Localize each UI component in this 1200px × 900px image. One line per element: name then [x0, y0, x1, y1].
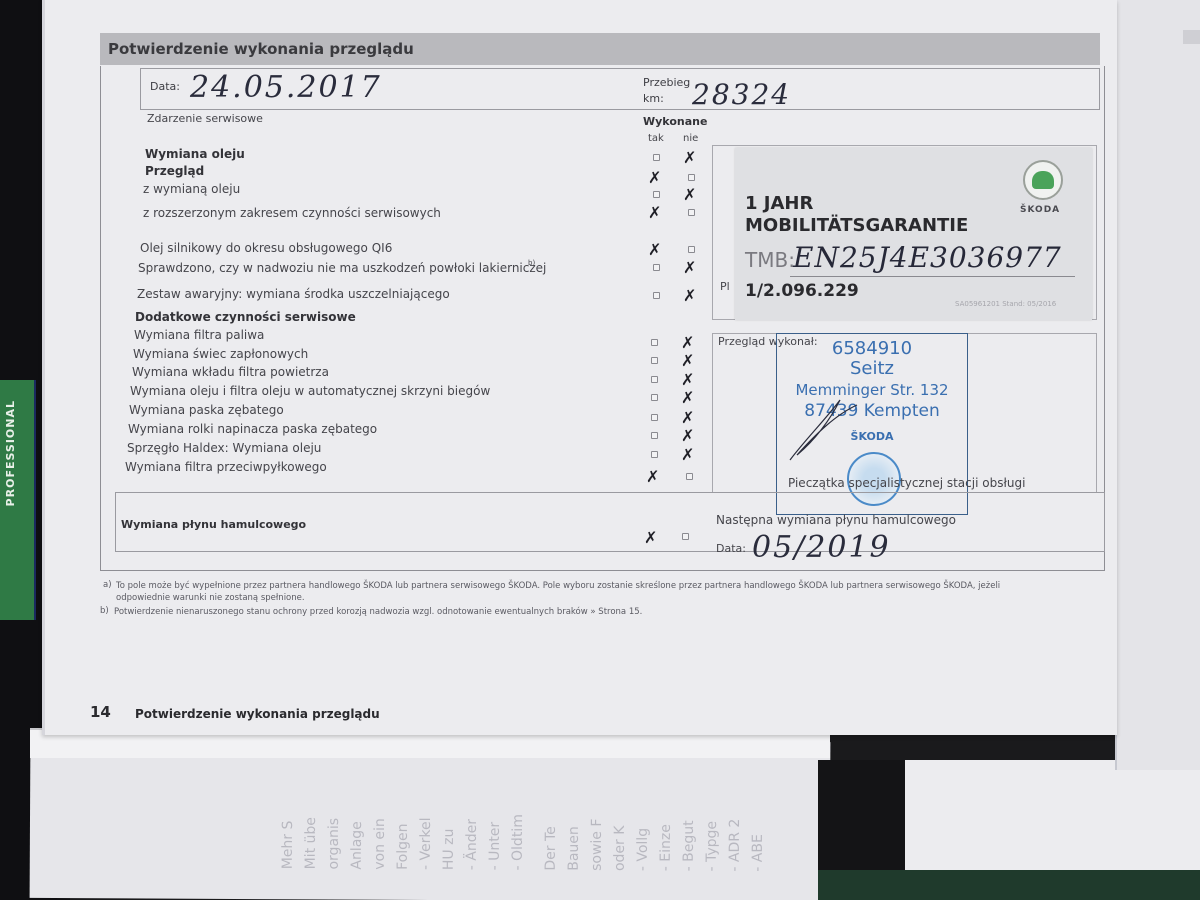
yes-column-label: tak [648, 133, 664, 144]
background-text: Mehr S [280, 759, 297, 869]
warranty-title-line-2: MOBILITÄTSGARANTIE [745, 215, 968, 237]
brand-name: ŠKODA [1020, 205, 1060, 215]
footnote-a-cont: odpowiednie warunki nie zostaną spełnion… [116, 593, 305, 603]
background-text: - Unter [487, 760, 504, 870]
yes-checkbox[interactable] [651, 394, 658, 401]
next-date-label: Data: [716, 542, 746, 555]
no-checked-mark[interactable]: ✗ [681, 390, 694, 406]
page-title: Potwierdzenie wykonania przeglądu [100, 33, 1100, 65]
yes-checkbox[interactable] [651, 357, 658, 364]
background-text: Bauen [566, 761, 583, 871]
yes-checked-mark[interactable]: ✗ [648, 170, 661, 186]
stamp-dealer-name: Seitz [777, 358, 967, 379]
no-checked-mark[interactable]: ✗ [683, 187, 696, 203]
additional-item-label: Wymiana filtra paliwa [134, 328, 264, 342]
background-text: - Änder [464, 760, 481, 870]
vin-handwritten: EN25J4E3036977 [793, 241, 1062, 274]
page-number: 14 [90, 703, 111, 721]
additional-item-label: Wymiana świec zapłonowych [133, 347, 308, 361]
vin-underline [790, 276, 1075, 277]
no-checked-mark[interactable]: ✗ [683, 288, 696, 304]
additional-item-label: Wymiana wkładu filtra powietrza [132, 365, 329, 379]
background-text: oder K [612, 761, 629, 871]
done-heading: Wykonane [643, 115, 707, 128]
no-checked-mark[interactable]: ✗ [681, 335, 694, 351]
right-page [1115, 0, 1200, 770]
background-text: - Begut [681, 761, 698, 871]
mileage-value[interactable]: 28324 [692, 78, 791, 111]
brake-fluid-label: Wymiana płynu hamulcowego [121, 518, 306, 531]
service-item-label: z wymianą oleju [143, 182, 240, 196]
stamp-dealer-number: 6584910 [777, 338, 967, 359]
yes-checkbox[interactable] [651, 451, 658, 458]
background-text: organis [326, 759, 343, 869]
no-checkbox[interactable] [688, 209, 695, 216]
green-folder: PROFESSIONAL [0, 380, 36, 620]
yes-checkbox[interactable] [653, 191, 660, 198]
service-item-label: Olej silnikowy do okresu obsługowego QI6 [140, 241, 392, 255]
folder-label: PROFESSIONAL [4, 400, 17, 506]
date-label: Data: [150, 80, 180, 93]
footnote-a-mark: a) [103, 580, 112, 590]
next-brake-fluid-label: Następna wymiana płynu hamulcowego [716, 513, 956, 527]
background-text: - Typge [704, 761, 721, 871]
no-checked-mark[interactable]: ✗ [683, 260, 696, 276]
service-item-label: Sprawdzono, czy w nadwoziu nie ma uszkod… [138, 261, 546, 275]
brake-fluid-no-checkbox[interactable] [682, 533, 689, 540]
background-text: - Vollg [635, 761, 652, 871]
additional-item-label: Wymiana filtra przeciwpyłkowego [125, 460, 327, 474]
no-column-label: nie [683, 133, 698, 144]
background-text: sowie F [589, 761, 606, 871]
no-checked-mark[interactable]: ✗ [681, 372, 694, 388]
background-text: - Verkel [418, 760, 435, 870]
yes-checkbox[interactable] [653, 264, 660, 271]
mileage-label: Przebieg [643, 76, 690, 89]
underlying-sheet: Mehr SMit übeorganisAnlagevon einFolgen-… [30, 738, 831, 900]
service-item-label: Przegląd [145, 164, 204, 178]
footnote-ref: b) [528, 259, 535, 267]
no-checkbox[interactable] [688, 246, 695, 253]
next-date-value[interactable]: 05/2019 [752, 530, 891, 565]
background-text: - Einze [658, 761, 675, 871]
background-text: - Oldtim [510, 760, 527, 870]
yes-checked-mark[interactable]: ✗ [648, 205, 661, 221]
no-checked-mark[interactable]: ✗ [681, 410, 694, 426]
footer-title: Potwierdzenie wykonania przeglądu [135, 707, 380, 721]
yes-checkbox[interactable] [651, 432, 658, 439]
background-text: von ein [372, 760, 389, 870]
mobility-warranty-sticker: ŠKODA 1 JAHR MOBILITÄTSGARANTIE TMB: EN2… [735, 148, 1092, 320]
footnote-b: Potwierdzenie nienaruszonego stanu ochro… [114, 607, 642, 617]
yes-checkbox[interactable] [653, 154, 660, 161]
signature [785, 395, 865, 465]
additional-item-label: Wymiana paska zębatego [129, 403, 284, 417]
warranty-title: 1 JAHR MOBILITÄTSGARANTIE [745, 193, 968, 237]
no-checkbox[interactable] [688, 174, 695, 181]
no-checked-mark[interactable]: ✗ [681, 353, 694, 369]
no-checked-mark[interactable]: ✗ [681, 447, 694, 463]
background-text: Der Te [543, 761, 560, 871]
brake-fluid-yes-checked[interactable]: ✗ [644, 530, 657, 546]
background-text: - ABE [750, 762, 767, 872]
background-text: HU zu [441, 760, 458, 870]
additional-item-label: Wymiana rolki napinacza paska zębatego [128, 422, 377, 436]
no-checkbox[interactable] [686, 473, 693, 480]
additional-item-label: Wymiana oleju i filtra oleju w automatyc… [130, 384, 490, 398]
footnote-b-mark: b) [100, 606, 109, 616]
partial-label: Pl [720, 280, 730, 293]
warranty-number: 1/2.096.229 [745, 281, 859, 301]
skoda-logo-icon [1023, 160, 1063, 200]
green-base [818, 870, 1200, 900]
service-item-label: Zestaw awaryjny: wymiana środka uszczeln… [137, 287, 450, 301]
background-text: Anlage [349, 760, 366, 870]
yes-checkbox[interactable] [651, 414, 658, 421]
service-event-heading: Zdarzenie serwisowe [147, 112, 263, 125]
service-item-label: Wymiana oleju [145, 147, 245, 161]
date-value[interactable]: 24.05.2017 [190, 70, 382, 105]
background-text: Folgen [395, 760, 412, 870]
additional-services-heading: Dodatkowe czynności serwisowe [135, 310, 356, 324]
yes-checkbox[interactable] [651, 339, 658, 346]
additional-item-label: Sprzęgło Haldex: Wymiana oleju [127, 441, 321, 455]
no-checked-mark[interactable]: ✗ [681, 428, 694, 444]
background-text: Mit übe [303, 759, 320, 869]
yes-checked-mark[interactable]: ✗ [646, 469, 659, 485]
sticker-code: SA05961201 Stand: 05/2016 [955, 300, 1056, 308]
yes-checked-mark[interactable]: ✗ [648, 242, 661, 258]
warranty-title-line-1: 1 JAHR [745, 193, 968, 215]
tmb-label: TMB: [745, 248, 795, 272]
yes-checkbox[interactable] [651, 376, 658, 383]
right-sheet [905, 760, 1200, 870]
background-text: - ADR 2 [727, 762, 744, 872]
service-item-label: z rozszerzonym zakresem czynności serwis… [143, 206, 441, 220]
yes-checkbox[interactable] [653, 292, 660, 299]
mileage-unit-label: km: [643, 92, 664, 105]
stamp-label: Pieczątka specjalistycznej stacji obsług… [788, 476, 1025, 490]
no-checked-mark[interactable]: ✗ [683, 150, 696, 166]
footnote-a: To pole może być wypełnione przez partne… [116, 581, 1000, 591]
